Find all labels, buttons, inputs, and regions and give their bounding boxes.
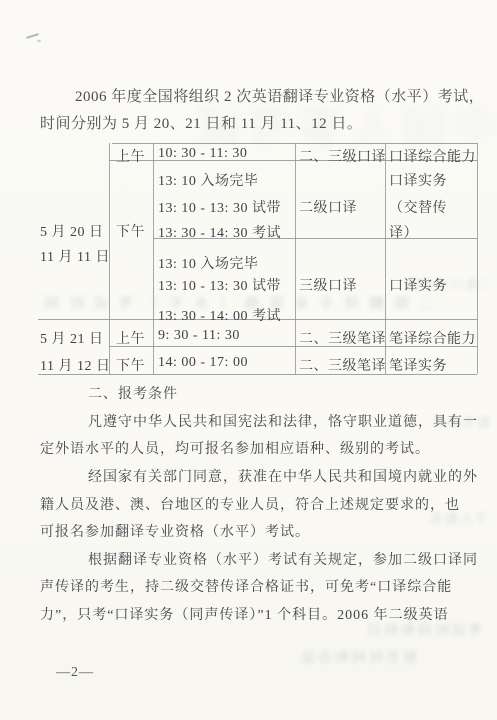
body-line: 声传译的考生，持二级交替传译合格证书，可免考“口译综合能 xyxy=(40,576,452,596)
table-cell-time: 13: 10 入场完毕 xyxy=(158,170,258,190)
table-cell-level: 二、三级笔译 xyxy=(299,328,386,348)
body-line: 根据翻译专业资格（水平）考试有关规定，参加二级口译同 xyxy=(88,549,478,569)
body-line: 凡遵守中华人民共和国宪法和法律，恪守职业道德，具有一 xyxy=(88,411,478,431)
table-border-col-period xyxy=(153,143,154,374)
intro-line-1: 2006 年度全国将组织 2 次英语翻译专业资格（水平）考试， xyxy=(75,85,484,106)
table-cell-subject: 笔译综合能力 xyxy=(389,328,476,348)
table-border-right xyxy=(477,143,478,374)
table-cell-period-morning: 上午 xyxy=(116,146,145,166)
page-number: —2— xyxy=(56,665,94,681)
bleedthrough-artifact: 报名时间和办法 xyxy=(298,647,417,667)
table-cell-date-may20: 5 月 20 日 xyxy=(40,221,104,241)
table-cell-subject: （交替传 xyxy=(389,197,447,217)
body-line: 经国家有关部门同意，获准在中华人民共和国境内就业的外 xyxy=(88,466,478,486)
table-cell-time: 13: 10 入场完毕 xyxy=(158,253,258,273)
table-border-col-time xyxy=(295,143,296,374)
pen-mark xyxy=(26,33,39,39)
table-cell-subject: 口译综合能力 xyxy=(389,146,476,166)
table-cell-date-may21: 5 月 21 日 xyxy=(40,328,104,348)
table-cell-time: 14: 00 - 17: 00 xyxy=(158,355,248,371)
table-cell-level: 二、三级口译 xyxy=(299,146,386,166)
table-cell-subject: 笔译实务 xyxy=(389,355,447,375)
body-line: 定外语水平的人员，均可报名参加相应语种、级别的考试。 xyxy=(40,438,430,458)
table-cell-subject: 译） xyxy=(389,222,418,242)
table-cell-time: 9: 30 - 11: 30 xyxy=(158,328,240,344)
table-cell-period-morning: 上午 xyxy=(116,328,145,348)
section-heading: 二、报考条件 xyxy=(88,383,178,403)
table-cell-date-nov11: 11 月 11 日 xyxy=(40,246,110,266)
body-line: 可报名参加翻译专业资格（水平）考试。 xyxy=(40,521,310,541)
table-cell-period-afternoon: 下午 xyxy=(116,355,145,375)
body-line: 籍人员及港、澳、台地区的专业人员，符合上述规定要求的，也 xyxy=(40,494,460,514)
table-cell-time: 13: 10 - 13: 30 试带 xyxy=(158,197,281,217)
table-cell-time: 10: 30 - 11: 30 xyxy=(158,146,247,162)
table-cell-subject: 口译实务 xyxy=(389,275,447,295)
table-cell-level: 二、三级笔译 xyxy=(299,355,386,375)
scanned-document-page: 中国人事考试 二级口译考试 二级翻译专业资格（水平）考试时间 报名条件 个人报名… xyxy=(0,0,497,720)
table-cell-time: 13: 30 - 14: 00 考试 xyxy=(158,305,281,325)
table-cell-level: 二级口译 xyxy=(299,197,357,217)
table-cell-date-nov12: 11 月 12 日 xyxy=(40,355,110,375)
table-cell-time: 13: 10 - 13: 30 试带 xyxy=(158,275,281,295)
intro-line-2: 时间分别为 5 月 20、21 日和 11 月 11、12 日。 xyxy=(40,112,362,133)
table-cell-time: 13: 30 - 14: 30 考试 xyxy=(158,222,281,242)
table-cell-period-afternoon: 下午 xyxy=(116,221,145,241)
pen-mark-dot xyxy=(37,40,41,43)
table-cell-subject: 口译实务 xyxy=(389,170,447,190)
table-cell-level: 三级口译 xyxy=(299,275,357,295)
body-line: 力”，只考“口译实务（同声传译）”1 个科目。2006 年二级英语 xyxy=(40,604,449,624)
